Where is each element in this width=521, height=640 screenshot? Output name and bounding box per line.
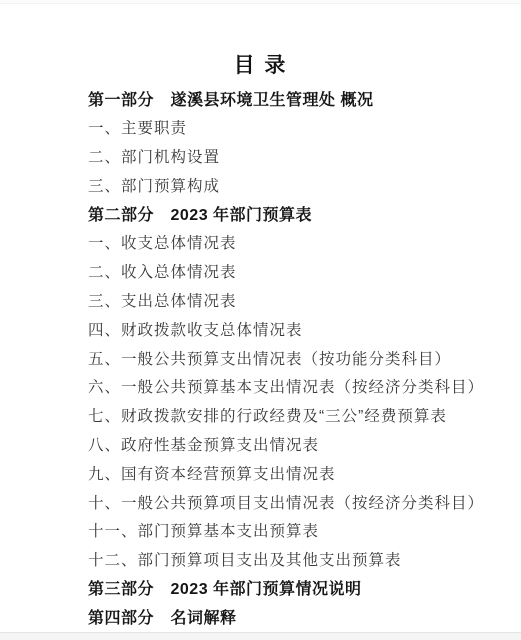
toc-entry: 六、一般公共预算基本支出情况表（按经济分类科目） bbox=[88, 372, 501, 401]
toc-entry: 四、财政拨款收支总体情况表 bbox=[88, 314, 501, 343]
toc-section-heading: 第二部分 2023 年部门预算表 bbox=[88, 199, 501, 228]
toc-entry: 二、部门机构设置 bbox=[88, 142, 501, 171]
toc-section-heading: 第三部分 2023 年部门预算情况说明 bbox=[88, 574, 501, 603]
toc-entry: 十二、部门预算项目支出及其他支出预算表 bbox=[88, 545, 501, 574]
page-top-edge bbox=[0, 0, 521, 4]
toc-list: 第一部分 遂溪县环境卫生管理处 概况一、主要职责二、部门机构设置三、部门预算构成… bbox=[0, 84, 521, 631]
toc-section-heading: 第一部分 遂溪县环境卫生管理处 概况 bbox=[88, 84, 501, 113]
page-bottom-edge bbox=[0, 632, 521, 640]
toc-entry: 一、收支总体情况表 bbox=[88, 228, 501, 257]
toc-entry: 九、国有资本经营预算支出情况表 bbox=[88, 458, 501, 487]
toc-entry: 十、一般公共预算项目支出情况表（按经济分类科目） bbox=[88, 487, 501, 516]
toc-entry: 三、部门预算构成 bbox=[88, 170, 501, 199]
toc-entry: 一、主要职责 bbox=[88, 113, 501, 142]
toc-entry: 三、支出总体情况表 bbox=[88, 286, 501, 315]
toc-entry: 五、一般公共预算支出情况表（按功能分类科目） bbox=[88, 343, 501, 372]
page-title: 目 录 bbox=[0, 0, 521, 79]
toc-section-heading: 第四部分 名词解释 bbox=[88, 602, 501, 631]
toc-entry: 十一、部门预算基本支出预算表 bbox=[88, 516, 501, 545]
toc-entry: 二、收入总体情况表 bbox=[88, 257, 501, 286]
toc-entry: 七、财政拨款安排的行政经费及“三公”经费预算表 bbox=[88, 401, 501, 430]
toc-entry: 八、政府性基金预算支出情况表 bbox=[88, 430, 501, 459]
document-page: 目 录 第一部分 遂溪县环境卫生管理处 概况一、主要职责二、部门机构设置三、部门… bbox=[0, 0, 521, 640]
